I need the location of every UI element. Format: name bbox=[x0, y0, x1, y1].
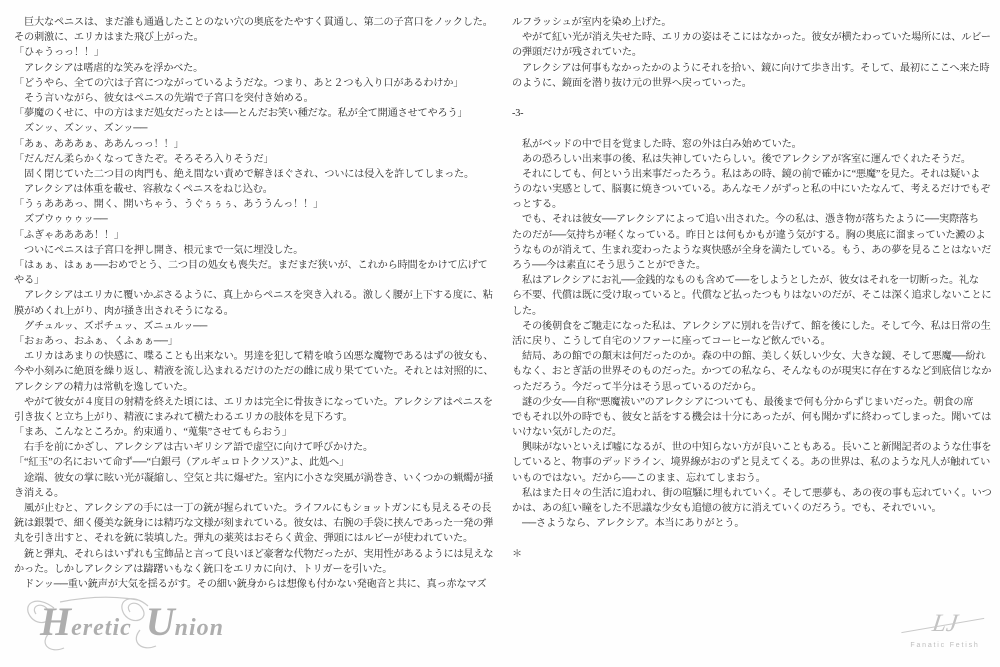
text-line: ら不要、代償は既に受け取っていると。代償など払ったつもりはないのだが、そこは深く… bbox=[512, 288, 988, 303]
text-line: 「まあ、こんなところか。約束通り、“蒐集”させてもらおう」 bbox=[14, 425, 490, 440]
text-line: アレクシアは嗜虐的な笑みを浮かべた。 bbox=[14, 61, 490, 76]
text-line: 「あぁ、あああぁ、ああんっっ！！」 bbox=[14, 137, 490, 152]
text-line: 途端、彼女の掌に眩い光が凝縮し、空気と共に爆ぜた。室内に小さな突風が渦巻き、いく… bbox=[14, 471, 490, 486]
text-line: アレクシアはエリカに覆いかぶさるように、真上からペニスを突き入れる。激しく腰が上… bbox=[14, 288, 490, 303]
text-line: 「ふぎゃああああ！！」 bbox=[14, 228, 490, 243]
text-line: 私がベッドの中で目を覚ました時、窓の外は白み始めていた。 bbox=[512, 137, 988, 152]
text-line: 膜がめくれ上がり、肉が掻き出されそうになる。 bbox=[14, 304, 490, 319]
text-line: 巨大なペニスは、まだ誰も通過したことのない穴の奥底をたやすく貫通し、第二の子宮口… bbox=[14, 15, 490, 30]
text-line: 「はぁぁ、はぁぁ──おめでとう、二つ目の処女も喪失だ。まだまだ狭いが、これから時… bbox=[14, 258, 490, 273]
text-line: 「夢魔のくせに、中の方はまだ処女だったとは──とんだお笑い種だな。私が全て開通さ… bbox=[14, 106, 490, 121]
text-line bbox=[512, 91, 988, 106]
publisher-logo-label: Fanatic Fetish bbox=[898, 642, 992, 649]
text-line: 銃と弾丸、それらはいずれも宝飾品と言って良いほど豪奢な代物だったが、実用性がある… bbox=[14, 547, 490, 562]
text-line: エリカはあまりの快感に、喋ることも出来ない。男達を犯して精を喰う凶悪な魔物である… bbox=[14, 349, 490, 364]
text-line: うなものが消えて、生まれ変わったような爽快感が全身を満たしている。もう、あの夢を… bbox=[512, 243, 988, 258]
text-line: うのない実感として、脳裏に焼きついている。あんなモノがずっと私の中にいたなんて、… bbox=[512, 182, 988, 197]
text-line: 私はアレクシアにお礼──金銭的なものも含めて──をしようとしたが、彼女はそれを一… bbox=[512, 273, 988, 288]
text-line bbox=[512, 121, 988, 136]
text-line: その刺激に、エリカはまた飛び上がった。 bbox=[14, 30, 490, 45]
scanned-novel-page: 巨大なペニスは、まだ誰も通過したことのない穴の奥底をたやすく貫通し、第二の子宮口… bbox=[0, 0, 1000, 667]
text-line: 右手を前にかざし、アレクシアは古いギリシア語で虚空に向けて呼びかけた。 bbox=[14, 440, 490, 455]
publisher-logo-fanatic-fetish: LJ Fanatic Fetish bbox=[898, 608, 992, 658]
text-line: ろう──今は素直にそう思うことができた。 bbox=[512, 258, 988, 273]
text-line: かった。しかしアレクシアは躊躇いもなく銃口をエリカに向け、トリガーを引いた。 bbox=[14, 562, 490, 577]
text-line: のように、鏡面を潜り抜け元の世界へ戻っていった。 bbox=[512, 76, 988, 91]
text-line: ついにペニスは子宮口を押し開き、根元まで一気に埋没した。 bbox=[14, 243, 490, 258]
text-line: 銃は銀製で、細く優美な銃身には精巧な文様が刻まれている。彼女は、右腕の手袋に挟ん… bbox=[14, 516, 490, 531]
text-line: 「うぅあああっ、開く、開いちゃう、うぐぅぅぅ、あううんっ！！」 bbox=[14, 197, 490, 212]
text-line: っただろう。今だって半分はそう思っているのだから。 bbox=[512, 380, 988, 395]
text-line: やがて彼女が４度目の射精を終えた頃には、エリカは完全に骨抜きになっていた。アレク… bbox=[14, 395, 490, 410]
text-line: ズンッ、ズンッ、ズンッ── bbox=[14, 121, 490, 136]
text-line: -3- bbox=[512, 106, 988, 121]
text-line: っとする。 bbox=[512, 197, 988, 212]
text-line: 興味がないといえば嘘になるが、世の中知らない方が良いこともある。長いこと新聞記者… bbox=[512, 440, 988, 455]
circle-logo-heretic-union: HereticUnion bbox=[20, 588, 260, 662]
text-line: の弾頭だけが残されていた。 bbox=[512, 45, 988, 60]
text-line: 風が止むと、アレクシアの手には一丁の銃が握られていた。ライフルにもショットガンに… bbox=[14, 501, 490, 516]
text-line: でもそれ以外の時でも、彼女と話をする機会は十分にあったが、何も聞かずに終わってし… bbox=[512, 410, 988, 425]
text-line: ──さようなら、アレクシア。本当にありがとう。 bbox=[512, 516, 988, 531]
text-line: やる」 bbox=[14, 273, 490, 288]
text-line: やがて紅い光が消え失せた時、エリカの姿はそこにはなかった。彼女が横たわっていた場… bbox=[512, 30, 988, 45]
right-page-column: ルフラッシュが室内を染め上げた。 やがて紅い光が消え失せた時、エリカの姿はそこに… bbox=[512, 15, 988, 562]
circle-logo-word-heretic: Heretic bbox=[40, 598, 132, 645]
text-line: 「ひゃうっっ！！」 bbox=[14, 45, 490, 60]
text-line bbox=[512, 531, 988, 546]
text-line: した。 bbox=[512, 304, 988, 319]
text-line: アレクシアの精力は常軌を逸していた。 bbox=[14, 380, 490, 395]
text-line: 今や小刻みに絶頂を繰り返し、精液を流し込まれるだけのただの雌に成り果てていた。そ… bbox=[14, 364, 490, 379]
text-line: 固く閉じていた二つ目の肉門も、絶え間ない責めで解きほぐされ、ついには侵入を許して… bbox=[14, 167, 490, 182]
text-line: グチュルッ、ズポチュッ、ズニュルッ── bbox=[14, 319, 490, 334]
text-line: 「だんだん柔らかくなってきたぞ。そろそろ入りそうだ」 bbox=[14, 152, 490, 167]
text-line: 「“紅玉”の名において命ず──“白銀弓（アルギュロトクソス）”よ、此処へ」 bbox=[14, 455, 490, 470]
text-line: いけない気がしたのだ。 bbox=[512, 425, 988, 440]
text-line: アレクシアは何事もなかったかのようにそれを拾い、鏡に向けて歩き出す。そして、最初… bbox=[512, 61, 988, 76]
publisher-monogram-icon: LJ bbox=[896, 608, 994, 640]
text-line: その後朝食をご馳走になった私は、アレクシアに別れを告げて、館を後にした。そして今… bbox=[512, 319, 988, 334]
text-line: 引き抜くと立ち上がり、精液にまみれて横たわるエリカの肢体を見下ろす。 bbox=[14, 410, 490, 425]
circle-logo-text: HereticUnion bbox=[40, 598, 224, 645]
text-line: 「どうやら、全ての穴は子宮につながっているようだな。つまり、あと２つも入り口があ… bbox=[14, 76, 490, 91]
text-line: ズブウゥゥゥッ── bbox=[14, 212, 490, 227]
text-line: 私はまた日々の生活に追われ、街の喧騒に埋もれていく。そして悪夢も、あの夜の事も忘… bbox=[512, 486, 988, 501]
text-line: そう言いながら、彼女はペニスの先端で子宮口を突付き始める。 bbox=[14, 91, 490, 106]
text-line: あの恐ろしい出来事の後、私は失神していたらしい。後でアレクシアが客室に運んでくれ… bbox=[512, 152, 988, 167]
text-line: もなく、おとぎ話の世界そのものだった。かつての私なら、そんなものが現実に存在する… bbox=[512, 364, 988, 379]
text-line: アレクシアは体重を載せ、容赦なくペニスをねじ込む。 bbox=[14, 182, 490, 197]
circle-logo-word-union: Union bbox=[146, 598, 224, 645]
text-line: 丸を引き出すと、それを銃に装填した。弾丸の薬莢はおそらく黄金、弾頭にはルビーが使… bbox=[14, 531, 490, 546]
text-line: かは、あの紅い瞳をした不思議な少女も追憶の彼方に消えていくのだろう。でも、それで… bbox=[512, 501, 988, 516]
text-line: ＊ bbox=[512, 547, 988, 562]
text-line: いものではない。だから──このまま、忘れてしまおう。 bbox=[512, 471, 988, 486]
text-line: 結局、あの館での顛末は何だったのか。森の中の館、美しく妖しい少女、大きな鏡、そし… bbox=[512, 349, 988, 364]
left-page-column: 巨大なペニスは、まだ誰も通過したことのない穴の奥底をたやすく貫通し、第二の子宮口… bbox=[14, 15, 490, 592]
text-line: 活に戻り、こうして自宅のソファーに座ってコーヒーなど飲んでいる。 bbox=[512, 334, 988, 349]
text-line: き消える。 bbox=[14, 486, 490, 501]
text-line: ルフラッシュが室内を染め上げた。 bbox=[512, 15, 988, 30]
text-line: たのだが──気持ちが軽くなっている。昨日とは何もかもが違う気がする。胸の奥底に溜… bbox=[512, 228, 988, 243]
text-line: していると、物事のデッドライン、境界線がおのずと見えてくる。あの世界は、私のよう… bbox=[512, 455, 988, 470]
text-line: でも、それは彼女──アレクシアによって追い出された。今の私は、憑き物が落ちたよう… bbox=[512, 212, 988, 227]
text-line: それにしても、何という出来事だったろう。私はあの時、鏡の前で確かに“悪魔”を見た… bbox=[512, 167, 988, 182]
text-line: 「おぉあっ、おふぁ、くふぁぁ──」 bbox=[14, 334, 490, 349]
text-line: 謎の少女──自称“悪魔祓い”のアレクシアについても、最後まで何も分からずじまいだ… bbox=[512, 395, 988, 410]
